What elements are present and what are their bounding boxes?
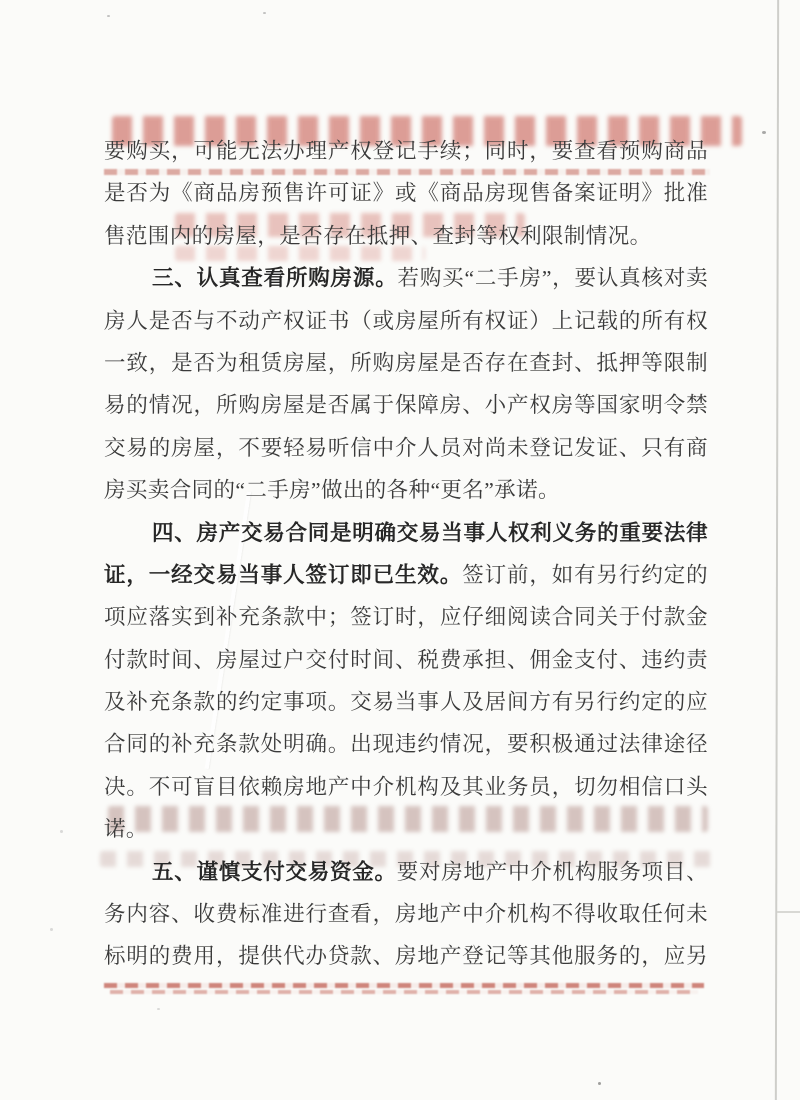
scanned-page: { "theme": { "page_bg": "#fbfbf9", "text…: [0, 0, 800, 1100]
text-segment: 要购买，可能无法办理产权登记手续；同时，要查看预购商品房: [104, 139, 708, 172]
text-line: 一致，是否为租赁房屋，所购房屋是否存在查封、抵押等限制交: [104, 342, 708, 384]
text-segment: 务内容、收费标准进行查看，房地产中介机构不得收取任何未予: [104, 902, 708, 935]
heading-segment: 证，一经交易当事人签订即已生效。: [104, 563, 462, 587]
text-segment: 决。不可盲目依赖房地产中介机构及其业务员，切勿相信口头承: [104, 775, 708, 808]
paper-edge-tick: [777, 911, 800, 913]
text-segment: 及补充条款的约定事项。交易当事人及居间方有另行约定的应在: [104, 690, 708, 723]
text-line: 决。不可盲目依赖房地产中介机构及其业务员，切勿相信口头承: [104, 766, 708, 808]
text-segment: 交易的房屋，不要轻易听信中介人员对尚未登记发证、只有商品: [104, 436, 708, 469]
text-segment: 是否为《商品房预售许可证》或《商品房现售备案证明》批准销: [104, 181, 708, 214]
text-segment: 付款时间、房屋过户交付时间、税费承担、佣金支付、违约责任: [104, 648, 708, 681]
text-line: 付款时间、房屋过户交付时间、税费承担、佣金支付、违约责任: [104, 639, 708, 681]
text-line: 五、谨慎支付交易资金。要对房地产中介机构服务项目、服: [104, 851, 708, 893]
text-segment: 房买卖合同的“二手房”做出的各种“更名”承诺。: [104, 478, 560, 502]
text-line: 务内容、收费标准进行查看，房地产中介机构不得收取任何未予: [104, 893, 708, 935]
text-line: 项应落实到补充条款中；签订时，应仔细阅读合同关于付款金额、: [104, 596, 708, 638]
text-line: 三、认真查看所购房源。若购买“二手房”，要认真核对卖: [104, 257, 708, 299]
text-line: 是否为《商品房预售许可证》或《商品房现售备案证明》批准销: [104, 172, 708, 214]
text-line: 易的情况，所购房屋是否属于保障房、小产权房等国家明令禁止: [104, 384, 708, 426]
scan-speck: [263, 12, 266, 14]
heading-segment: 三、认真查看所购房源。: [152, 266, 398, 290]
text-line: 售范围内的房屋，是否存在抵押、查封等权利限制情况。: [104, 215, 708, 257]
text-segment: 若购买“二手房”，要认真核对卖: [398, 266, 708, 290]
text-line: 证，一经交易当事人签订即已生效。签订前，如有另行约定的事: [104, 554, 708, 596]
text-segment: 诺。: [104, 817, 148, 841]
paper-edge-line: [775, 0, 779, 1100]
document-text: 要购买，可能无法办理产权登记手续；同时，要查看预购商品房 是否为《商品房预售许可…: [104, 130, 708, 978]
heading-segment: 四、房产交易合同是明确交易当事人权利义务的重要法律凭: [104, 521, 708, 554]
text-line: 诺。: [104, 808, 708, 850]
text-line: 合同的补充条款处明确。出现违约情况，要积极通过法律途径解: [104, 723, 708, 765]
text-segment: 房人是否与不动产权证书（或房屋所有权证）上记载的所有权人: [104, 309, 708, 342]
scan-speck: [50, 928, 53, 931]
text-segment: 项应落实到补充条款中；签订时，应仔细阅读合同关于付款金额、: [104, 605, 708, 638]
text-line: 标明的费用，提供代办贷款、房地产登记等其他服务的，应另行: [104, 935, 708, 977]
scan-speck: [598, 1082, 601, 1085]
text-segment: 易的情况，所购房屋是否属于保障房、小产权房等国家明令禁止: [104, 393, 708, 426]
text-segment: 合同的补充条款处明确。出现违约情况，要积极通过法律途径解: [104, 732, 708, 765]
text-line: 房买卖合同的“二手房”做出的各种“更名”承诺。: [104, 469, 708, 511]
text-line: 交易的房屋，不要轻易听信中介人员对尚未登记发证、只有商品: [104, 427, 708, 469]
scan-speck: [60, 830, 63, 833]
ink-smudge-line: [104, 983, 704, 988]
scan-speck: [762, 131, 766, 134]
scan-speck: [157, 1008, 160, 1010]
text-line: 要购买，可能无法办理产权登记手续；同时，要查看预购商品房: [104, 130, 708, 172]
text-segment: 售范围内的房屋，是否存在抵押、查封等权利限制情况。: [104, 224, 652, 248]
text-line: 房人是否与不动产权证书（或房屋所有权证）上记载的所有权人: [104, 300, 708, 342]
scan-speck: [107, 15, 110, 17]
text-line: 四、房产交易合同是明确交易当事人权利义务的重要法律凭: [104, 512, 708, 554]
text-segment: 一致，是否为租赁房屋，所购房屋是否存在查封、抵押等限制交: [104, 351, 708, 384]
text-segment: 标明的费用，提供代办贷款、房地产登记等其他服务的，应另行: [104, 944, 708, 977]
text-line: 及补充条款的约定事项。交易当事人及居间方有另行约定的应在: [104, 681, 708, 723]
heading-segment: 五、谨慎支付交易资金。: [152, 860, 397, 884]
ink-smudge-line: [110, 990, 698, 994]
